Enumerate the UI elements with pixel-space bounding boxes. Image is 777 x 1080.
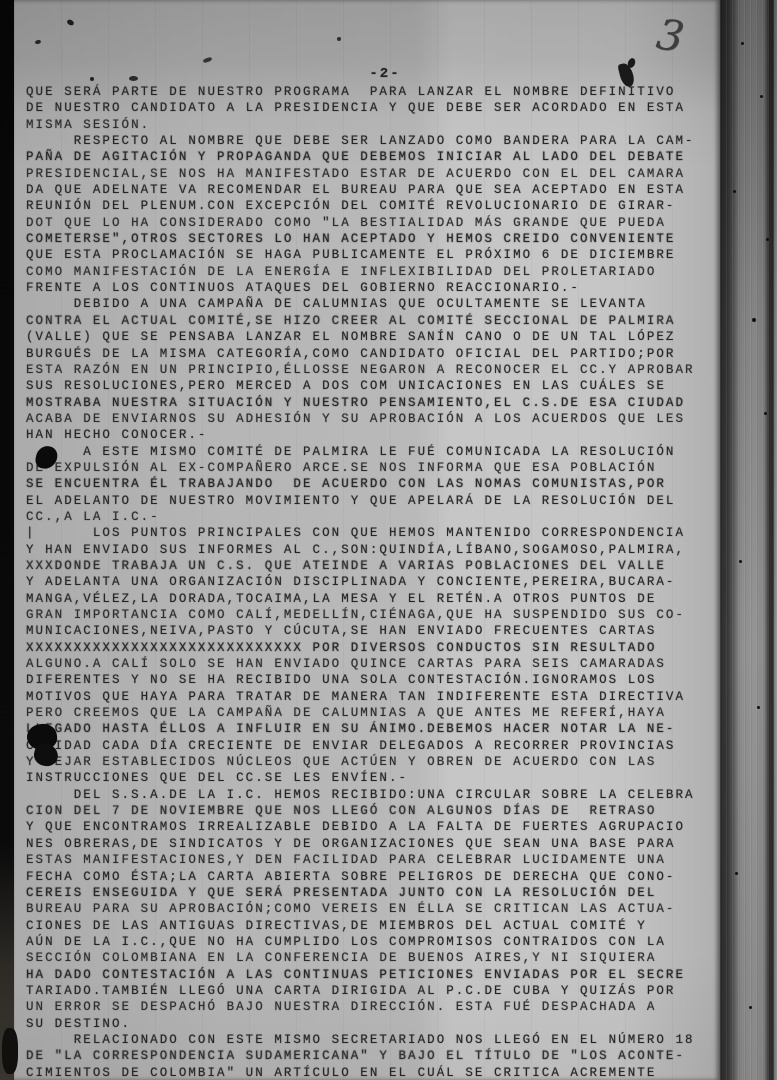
text-line: XXXXXXXXXXXXXXXXXXXXXXXXXXXXX POR DIVERS…: [26, 640, 702, 656]
text-line: REUNIÓN DEL PLENUM.CON EXCEPCIÓN DEL COM…: [26, 198, 702, 214]
text-line: DE NUESTRO CANDIDATO A LA PRESIDENCIA Y …: [26, 100, 702, 116]
text-line: Y ADELANTA UNA ORGANIZACIÓN DISCIPLINADA…: [26, 574, 702, 590]
text-line: Y DEJAR ESTABLECIDOS NÚCLEOS QUE ACTÚEN …: [26, 754, 702, 770]
text-line: (VALLE) QUE SE PENSABA LANZAR EL NOMBRE …: [26, 329, 702, 345]
text-line: CEREIS ENSEGUIDA Y QUE SERÁ PRESENTADA J…: [26, 885, 702, 901]
text-line: Y QUE ENCONTRAMOS IRREALIZABLE DEBIDO A …: [26, 819, 702, 835]
text-line: PRESIDENCIAL,SE NOS HA MANIFESTADO ESTAR…: [26, 166, 702, 182]
text-line: UN ERROR SE DESPACHÓ BAJO NUESTRA DIRECC…: [26, 999, 702, 1015]
text-line: MANGA,VÉLEZ,LA DORADA,TOCAIMA,LA MESA Y …: [26, 591, 702, 607]
text-line: DIFERENTES Y NO SE HA RECIBIDO UNA SOLA …: [26, 672, 702, 688]
handwritten-page-number: 3: [644, 9, 696, 67]
text-line: RESPECTO AL NOMBRE QUE DEBE SER LANZADO …: [26, 133, 702, 149]
dust-speck: [766, 238, 769, 241]
film-edge-left: [0, 0, 14, 1080]
text-line: MOSTRABA NUESTRA SITUACIÓN Y NUESTRO PEN…: [26, 395, 702, 411]
film-scratch-streaks: [720, 0, 777, 1080]
text-line: XXXDONDE TRABAJA UN C.S. QUE ATEINDE A V…: [26, 558, 702, 574]
text-line: ESTA RAZÓN EN UN PRINCIPIO,ÉLLOSSE NEGAR…: [26, 362, 702, 378]
text-line: SECCIÓN COLOMBIANA EN LA CONFERENCIA DE …: [26, 950, 702, 966]
text-line: COMETERSE",OTROS SECTORES LO HAN ACEPTAD…: [26, 231, 702, 247]
text-line: DE EXPULSIÓN AL EX-COMPAÑERO ARCE.SE NOS…: [26, 460, 702, 476]
typewritten-text-block: QUE SERÁ PARTE DE NUESTRO PROGRAMA PARA …: [26, 84, 702, 1080]
dust-speck: [764, 412, 767, 415]
text-line: EL ADELANTO DE NUESTRO MOVIMIENTO Y QUE …: [26, 493, 702, 509]
text-line: CIONES DE LAS ANTIGUAS DIRECTIVAS,DE MIE…: [26, 918, 702, 934]
text-line: BUREAU PARA SU APROBACIÓN;COMO VEREIS EN…: [26, 901, 702, 917]
dust-speck: [735, 872, 738, 875]
text-line: A ESTE MISMO COMITÉ DE PALMIRA LE FUÉ CO…: [26, 444, 702, 460]
text-line: RELACIONADO CON ESTE MISMO SECRETARIADO …: [26, 1032, 702, 1048]
text-line: ALGUNO.A CALÍ SOLO SE HAN ENVIADO QUINCE…: [26, 656, 702, 672]
text-line: CONTRA EL ACTUAL COMITÉ,SE HIZO CREER AL…: [26, 313, 702, 329]
film-edge-blemish: [2, 1028, 18, 1074]
text-line: Y HAN ENVIADO SUS INFORMES AL C.,SON:QUI…: [26, 542, 702, 558]
text-line: PAÑA DE AGITACIÓN Y PROPAGANDA QUE DEBEM…: [26, 149, 702, 165]
text-line: SUS RESOLUCIONES,PERO MERCED A DOS COM U…: [26, 378, 702, 394]
text-line: CIMIENTOS DE COLOMBIA" UN ARTÍCULO EN EL…: [26, 1065, 702, 1080]
text-line: CESIDAD CADA DÍA CRECIENTE DE ENVIAR DEL…: [26, 738, 702, 754]
text-line: HAN HECHO CONOCER.-: [26, 427, 702, 443]
dust-speck: [757, 706, 760, 709]
dust-speck: [752, 318, 756, 322]
typed-page-number: -2-: [355, 66, 415, 82]
text-line: AÚN DE LA I.C.,QUE NO HA CUMPLIDO LOS CO…: [26, 934, 702, 950]
text-line: LLEGADO HASTA ÉLLOS A INFLUIR EN SU ÁNIM…: [26, 721, 702, 737]
ink-speck: [90, 77, 94, 81]
ink-speck: [129, 76, 138, 81]
text-line: SU DESTINO.: [26, 1016, 702, 1032]
text-line: MOTIVOS QUE HAYA PARA TRATAR DE MANERA T…: [26, 689, 702, 705]
text-line: DOT QUE LO HA CONSIDERADO COMO "LA BESTI…: [26, 215, 702, 231]
text-line: ESTAS MANIFESTACIONES,Y DEN FACILIDAD PA…: [26, 852, 702, 868]
text-line: DEL S.S.A.DE LA I.C. HEMOS RECIBIDO:UNA …: [26, 787, 702, 803]
film-edge-right: [720, 0, 777, 1080]
text-line: QUE ESTA PROCLAMACIÓN SE HAGA PUBLICAMEN…: [26, 247, 702, 263]
text-line: FECHA COMO ÉSTA;LA CARTA ABIERTA SOBRE P…: [26, 869, 702, 885]
text-line: BURGUÉS DE LA MISMA CATEGORÍA,COMO CANDI…: [26, 346, 702, 362]
dust-speck: [733, 190, 736, 193]
microfilm-document-scan: -2- 3 QUE SERÁ PARTE DE NUESTRO PROGRAMA…: [0, 0, 777, 1080]
text-line: | LOS PUNTOS PRINCIPALES CON QUE HEMOS M…: [26, 525, 702, 541]
text-line: NES OBRERAS,DE SINDICATOS Y DE ORGANIZAC…: [26, 836, 702, 852]
text-line: HA DADO CONTESTACIÓN A LAS CONTINUAS PET…: [26, 967, 702, 983]
text-line: MUNICACIONES,NEIVA,PASTO Y CÚCUTA,SE HAN…: [26, 623, 702, 639]
dust-speck: [760, 95, 763, 98]
text-line: SE ENCUENTRA ÉL TRABAJANDO DE ACUERDO CO…: [26, 476, 702, 492]
text-line: PERO CREEMOS QUE LA CAMPAÑA DE CALUMNIAS…: [26, 705, 702, 721]
text-line: INSTRUCCIONES QUE DEL CC.SE LES ENVÍEN.-: [26, 770, 702, 786]
text-line: DE "LA CORRESPONDENCIA SUDAMERICANA" Y B…: [26, 1048, 702, 1064]
text-line: ACABA DE ENVIARNOS SU ADHESIÓN Y SU APRO…: [26, 411, 702, 427]
text-line: QUE SERÁ PARTE DE NUESTRO PROGRAMA PARA …: [26, 84, 702, 100]
text-line: GRAN IMPORTANCIA COMO CALÍ,MEDELLÍN,CIÉN…: [26, 607, 702, 623]
text-line: CION DEL 7 DE NOVIEMBRE QUE NOS LLEGÓ CO…: [26, 803, 702, 819]
text-line: MISMA SESIÓN.: [26, 117, 702, 133]
dust-speck: [741, 42, 744, 45]
ink-speck: [337, 37, 341, 41]
text-line: TARIADO.TAMBIÉN LLEGÓ UNA CARTA DIRIGIDA…: [26, 983, 702, 999]
text-line: CC.,A LA I.C.-: [26, 509, 702, 525]
text-line: FRENTE A LOS CONTINUOS ATAQUES DEL GOBIE…: [26, 280, 702, 296]
text-line: DEBIDO A UNA CAMPAÑA DE CALUMNIAS QUE OC…: [26, 296, 702, 312]
dust-speck: [739, 560, 742, 563]
dust-speck: [749, 1006, 752, 1009]
text-line: DA QUE ADELNATE VA RECOMENDAR EL BUREAU …: [26, 182, 702, 198]
text-line: COMO MANIFESTACIÓN DE LA ENERGÍA E INFLE…: [26, 264, 702, 280]
